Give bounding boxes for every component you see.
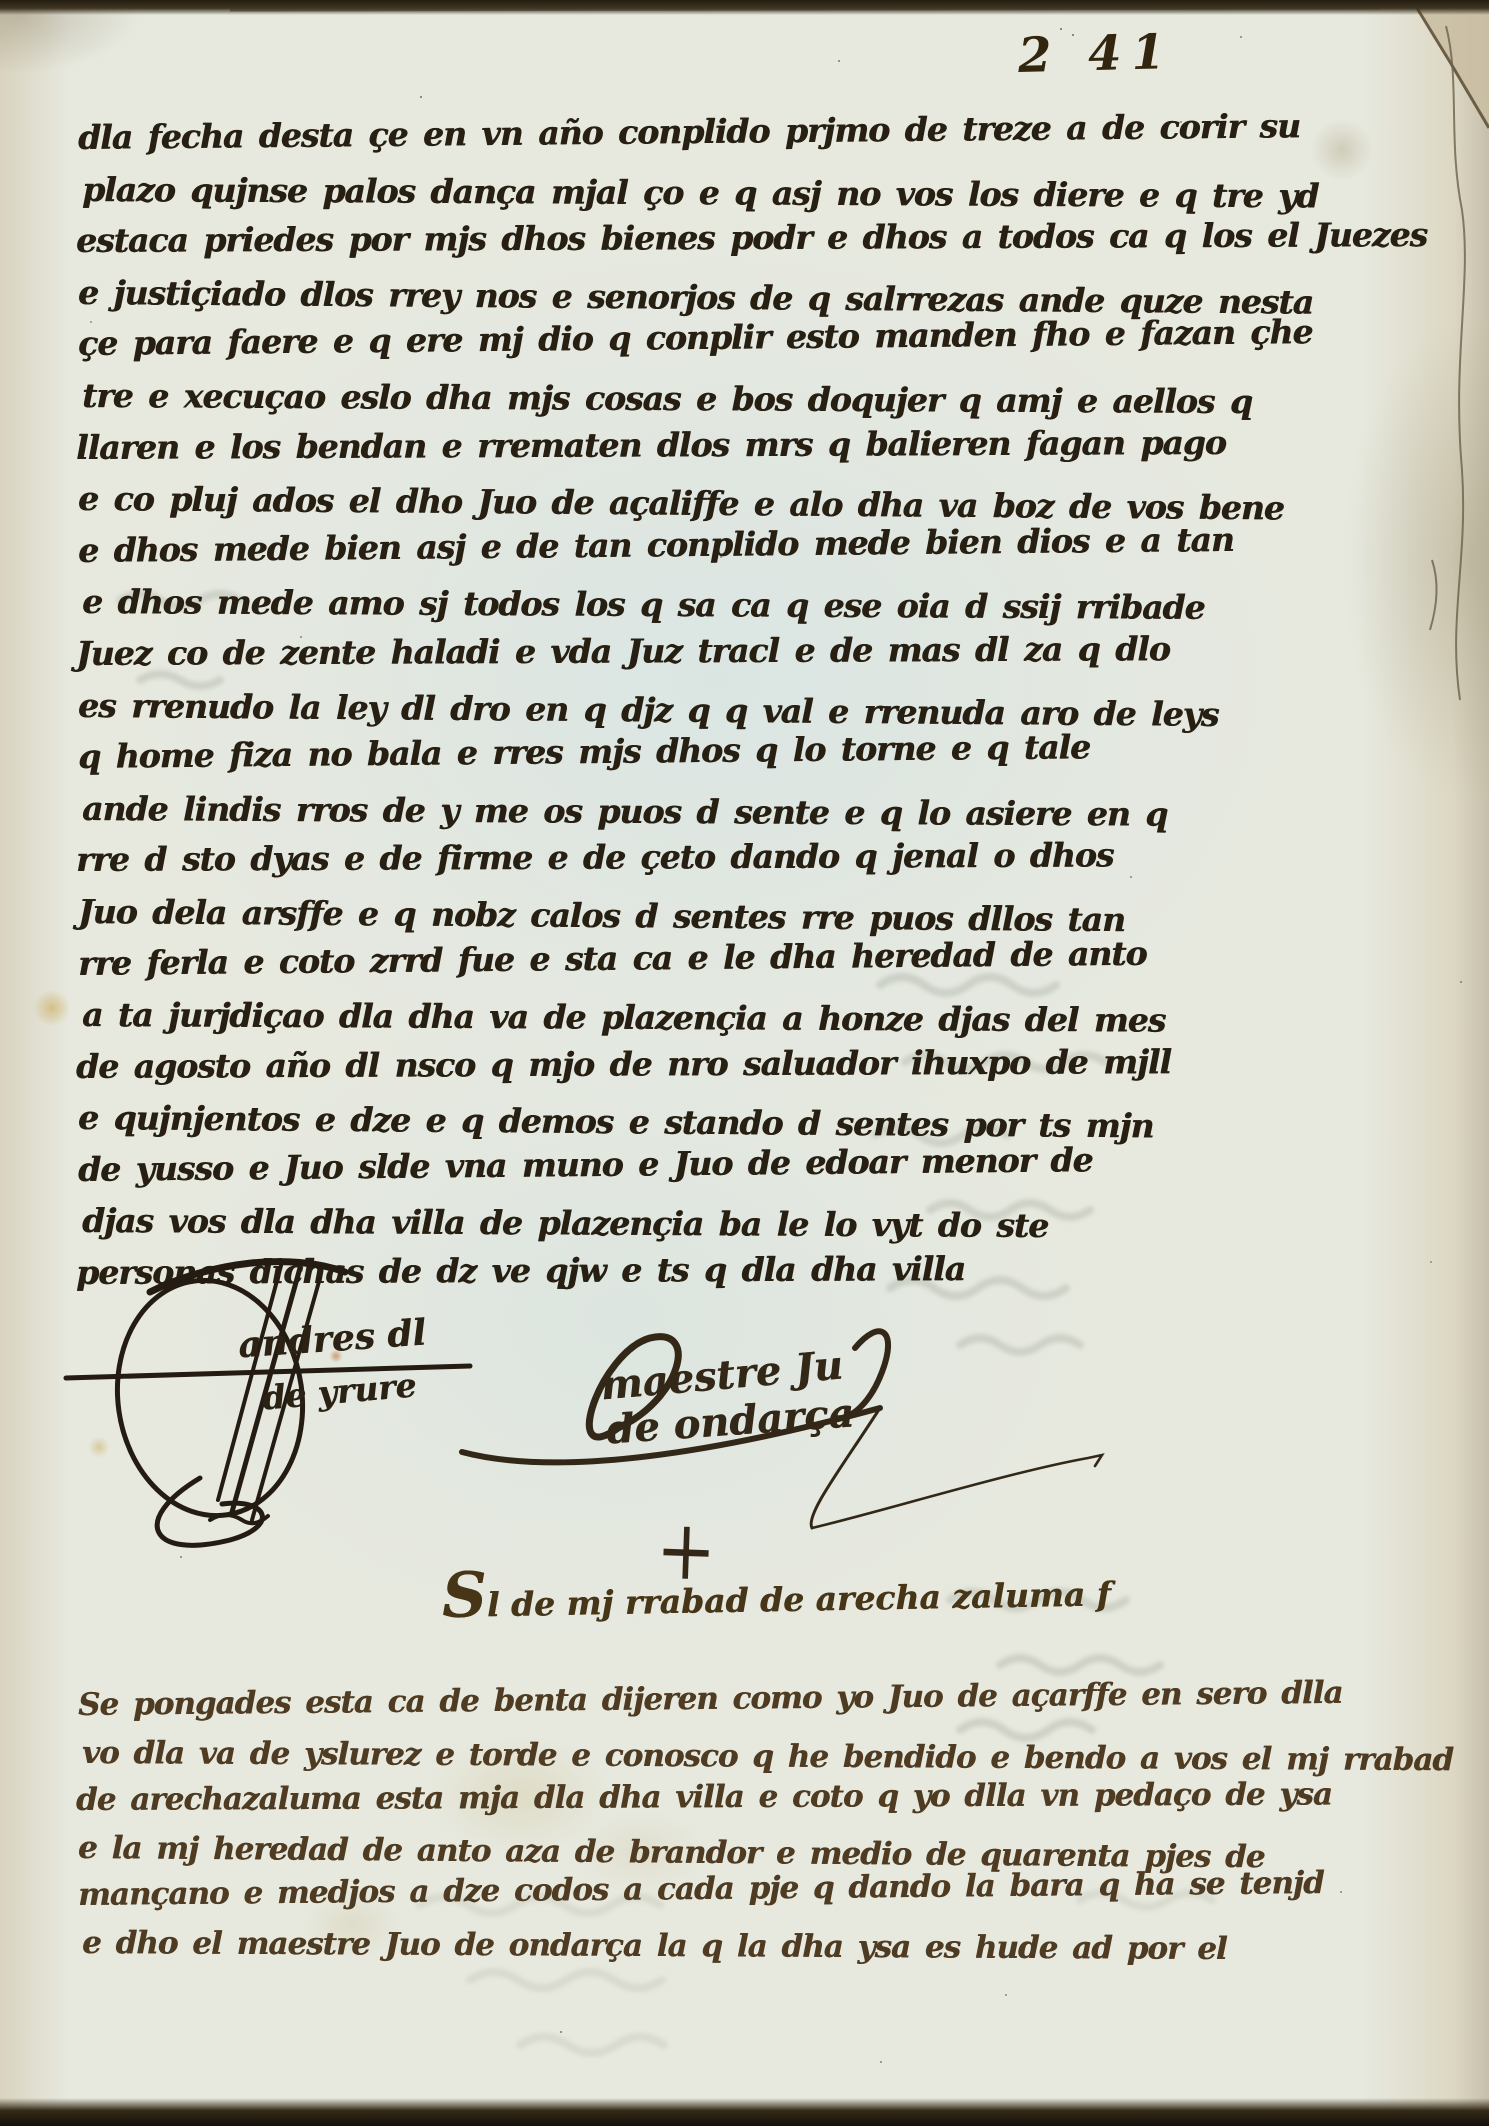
manuscript-scan: { "page": { "folio_number": "2 41", "col… (0, 0, 1489, 2126)
ink-specks (420, 96, 422, 98)
manuscript-line: rre d sto dyas e de firme e de çeto dand… (76, 830, 1088, 886)
manuscript-line: estaca priedes por mjs dhos bienes podr … (76, 211, 1088, 267)
manuscript-line: q home fiza no bala e rres mjs dhos q lo… (78, 721, 1090, 782)
manuscript-line: personas dichas de dz ve qjw e ts q dla … (76, 1243, 1088, 1299)
manuscript-line: Se pongades esta ca de benta dijeren com… (78, 1672, 1108, 1729)
top-edge-shadow (0, 0, 1489, 15)
manuscript-line: rre ferla e coto zrrd fue e sta ca e le … (78, 928, 1090, 989)
manuscript-line: çe para faere e q ere mj dio q conplir e… (78, 309, 1090, 370)
manuscript-line: de yusso e Juo slde vna muno e Juo de ed… (78, 1134, 1090, 1195)
manuscript-line: e dhos mede bien asj e de tan conplido m… (78, 515, 1090, 576)
manuscript-line: e dho el maestre Juo de ondarça la q la … (82, 1920, 1112, 1973)
bottom-edge-shadow (0, 2098, 1489, 2126)
manuscript-line: llaren e los bendan e rrematen dlos mrs … (76, 417, 1088, 473)
closing-text-block: Se pongades esta ca de benta dijeren com… (78, 1682, 1108, 1967)
manuscript-line: de arechazaluma esta mja dla dha villa e… (76, 1773, 1106, 1825)
main-text-block: dla fecha desta çe en vn año conplido pr… (78, 112, 1090, 1299)
manuscript-line: Juez co de zente haladi e vda Juz tracl … (76, 624, 1088, 680)
manuscript-line: de agosto año dl nsco q mjo de nro salua… (76, 1036, 1088, 1092)
manuscript-line: mançano e medjos a dze codos a cada pje … (78, 1862, 1108, 1919)
manuscript-line: dla fecha desta çe en vn año conplido pr… (78, 102, 1090, 163)
folio-number: 2 41 (1017, 24, 1175, 84)
